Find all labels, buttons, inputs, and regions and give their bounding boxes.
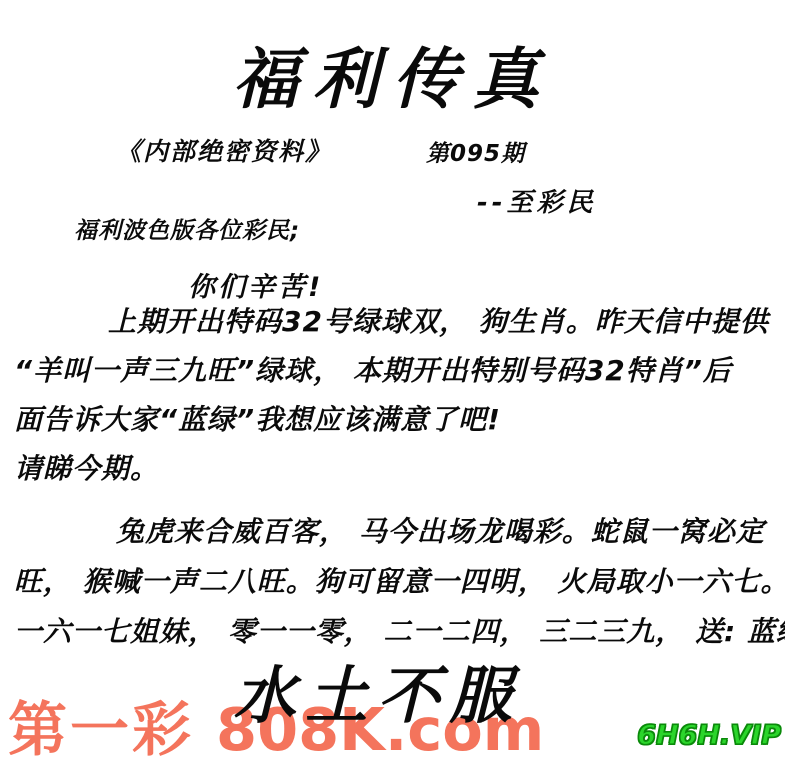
salutation-line: 福利波色版各位彩民;: [74, 212, 300, 245]
lottery-fax-document: 福利传真 《内部绝密资料》 第095期 --至彩民 福利波色版各位彩民; 你们辛…: [0, 0, 785, 772]
paragraph-current-tips: 兔虎来合威百客， 马今出场龙喝彩。蛇鼠一窝必定 旺， 猴喊一声二八旺。狗可留意一…: [14, 507, 776, 657]
paragraph-line: “羊叫一声三九旺”绿球， 本期开出特别号码32特肖”后: [14, 346, 776, 395]
paragraph-line: 请睇今期。: [14, 444, 776, 493]
document-title: 福利传真: [0, 26, 785, 121]
paragraph-previous-draw: 上期开出特码32号绿球双， 狗生肖。昨天信中提供 “羊叫一声三九旺”绿球， 本期…: [14, 297, 776, 493]
issue-number: 第095期: [426, 135, 525, 168]
dedication-line: --至彩民: [477, 182, 597, 219]
paragraph-line: 兔虎来合威百客， 马今出场龙喝彩。蛇鼠一窝必定: [14, 507, 776, 557]
paragraph-line: 面告诉大家“蓝绿”我想应该满意了吧!: [14, 395, 776, 444]
paragraph-line: 旺， 猴喊一声二八旺。狗可留意一四明， 火局取小一六七。: [14, 557, 776, 607]
classification-label: 《内部绝密资料》: [116, 132, 332, 168]
watermark-url-6h6h: 6H6H.VIP: [637, 720, 781, 751]
paragraph-line: 上期开出特码32号绿球双， 狗生肖。昨天信中提供: [14, 297, 776, 346]
